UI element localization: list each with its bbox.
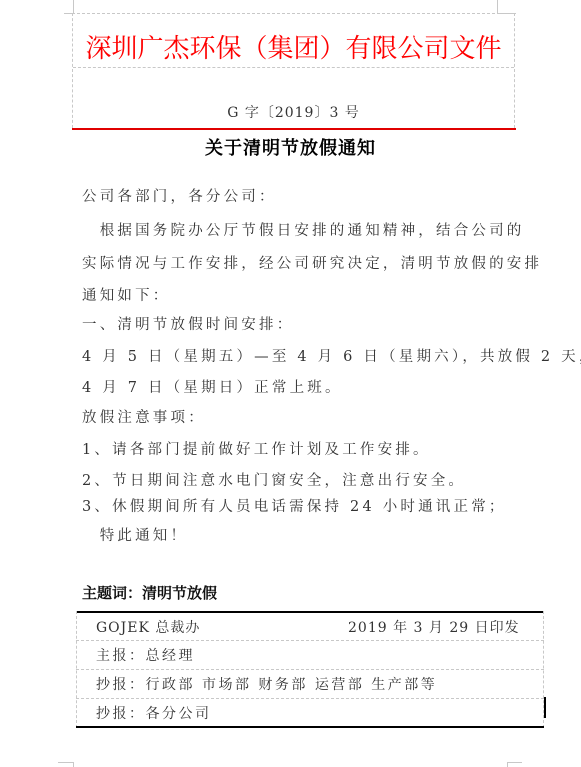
body-paragraph-line[interactable]: 实际情况与工作安排，经公司研究决定，清明节放假的安排: [82, 252, 542, 273]
table-row-divider: [76, 640, 544, 641]
return-to-work-line[interactable]: 4 月 7 日（星期日）正常上班。: [82, 376, 343, 397]
body-paragraph-line[interactable]: 通知如下：: [82, 284, 171, 305]
organization-title[interactable]: 深圳广杰环保（集团）有限公司文件: [73, 28, 514, 65]
body-paragraph-line[interactable]: 根据国务院办公厅节假日安排的通知精神，结合公司的: [82, 219, 525, 240]
distribution-table: GOJEK 总裁办 2019 年 3 月 29 日印发 主报：总经理 抄报：行政…: [76, 611, 544, 728]
holiday-dates-line[interactable]: 4 月 5 日（星期五）—至 4 月 6 日（星期六），共放假 2 天，: [82, 345, 581, 366]
page-corner-mark-top-left: [73, 0, 74, 13]
main-report-cell[interactable]: 主报：总经理: [96, 645, 195, 665]
document-number[interactable]: G 字〔2019〕3 号: [73, 102, 514, 122]
table-row-divider: [76, 669, 544, 670]
note-item-3[interactable]: 3、休假期间所有人员电话需保持 24 小时通讯正常；: [82, 495, 507, 516]
cc-departments-cell[interactable]: 抄报：行政部 市场部 财务部 运营部 生产部等: [96, 674, 437, 694]
subject-keywords[interactable]: 主题词：清明节放假: [82, 582, 217, 603]
body-salutation[interactable]: 公司各部门，各分公司：: [82, 185, 277, 206]
notes-heading[interactable]: 放假注意事项：: [82, 406, 206, 427]
closing-line[interactable]: 特此通知！: [82, 524, 188, 545]
document-header: 深圳广杰环保（集团）有限公司文件 G 字〔2019〕3 号: [72, 13, 515, 128]
note-item-2[interactable]: 2、节日期间注意水电门窗安全，注意出行安全。: [82, 469, 466, 490]
header-divider: [73, 67, 514, 68]
table-bottom-rule: [76, 726, 544, 728]
page-corner-mark-top-right: [497, 0, 498, 13]
page-corner-mark-bottom-left: [73, 762, 74, 767]
notice-title[interactable]: 关于清明节放假通知: [0, 134, 581, 160]
issuer-cell[interactable]: GOJEK 总裁办: [96, 617, 200, 637]
table-top-rule: [76, 611, 544, 613]
page-corner-mark-bottom-right-h: [507, 762, 522, 763]
text-cursor: [544, 697, 546, 718]
page-corner-mark-bottom-right: [507, 762, 508, 767]
table-row-divider: [76, 698, 544, 699]
section-heading[interactable]: 一、清明节放假时间安排：: [82, 313, 294, 334]
page-corner-mark-bottom-left-h: [58, 762, 73, 763]
red-header-rule: [72, 128, 516, 130]
issue-date-cell[interactable]: 2019 年 3 月 29 日印发: [348, 617, 520, 637]
note-item-1[interactable]: 1、请各部门提前做好工作计划及工作安排。: [82, 438, 431, 459]
cc-branches-cell[interactable]: 抄报：各分公司: [96, 703, 212, 723]
